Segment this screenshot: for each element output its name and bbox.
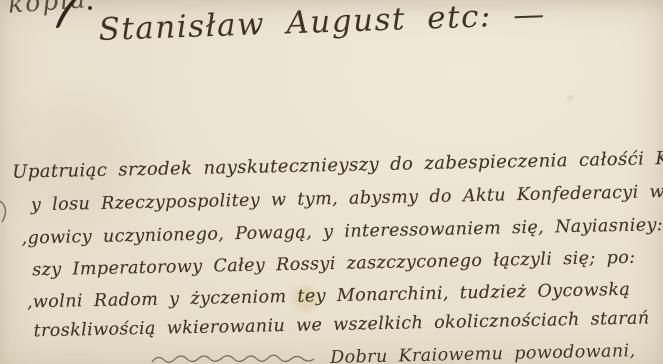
manuscript-line: Upatruiąc srzodek nayskutecznieyszy do z… bbox=[12, 147, 663, 183]
pen-flourish-icon bbox=[52, 0, 92, 30]
manuscript-body: Upatruiąc srzodek nayskutecznieyszy do z… bbox=[0, 145, 663, 160]
manuscript-line: ,gowicy uczynionego, Powagą, y interesso… bbox=[21, 215, 663, 248]
manuscript-line: troskliwością wkierowaniu we wszelkich o… bbox=[33, 308, 649, 341]
manuscript-line: ,wolni Radom y życzeniom tey Monarchini,… bbox=[27, 280, 631, 313]
manuscript-line-cutoff: Dobru Kraiowemu powodowani, bbox=[330, 341, 636, 364]
margin-pen-mark-icon bbox=[0, 198, 16, 224]
annotation-period-mark bbox=[88, 6, 92, 10]
illegible-line-fragment bbox=[150, 352, 325, 364]
manuscript-line: y losu Rzeczypospolitey w tym, abysmy do… bbox=[31, 181, 663, 215]
manuscript-page: kopia Stanisław August etc: — Upatruiąc … bbox=[0, 0, 663, 364]
manuscript-line: szy Imperatorowy Całey Rossyi zaszczycon… bbox=[32, 248, 636, 281]
document-title: Stanisław August etc: — bbox=[98, 0, 546, 48]
